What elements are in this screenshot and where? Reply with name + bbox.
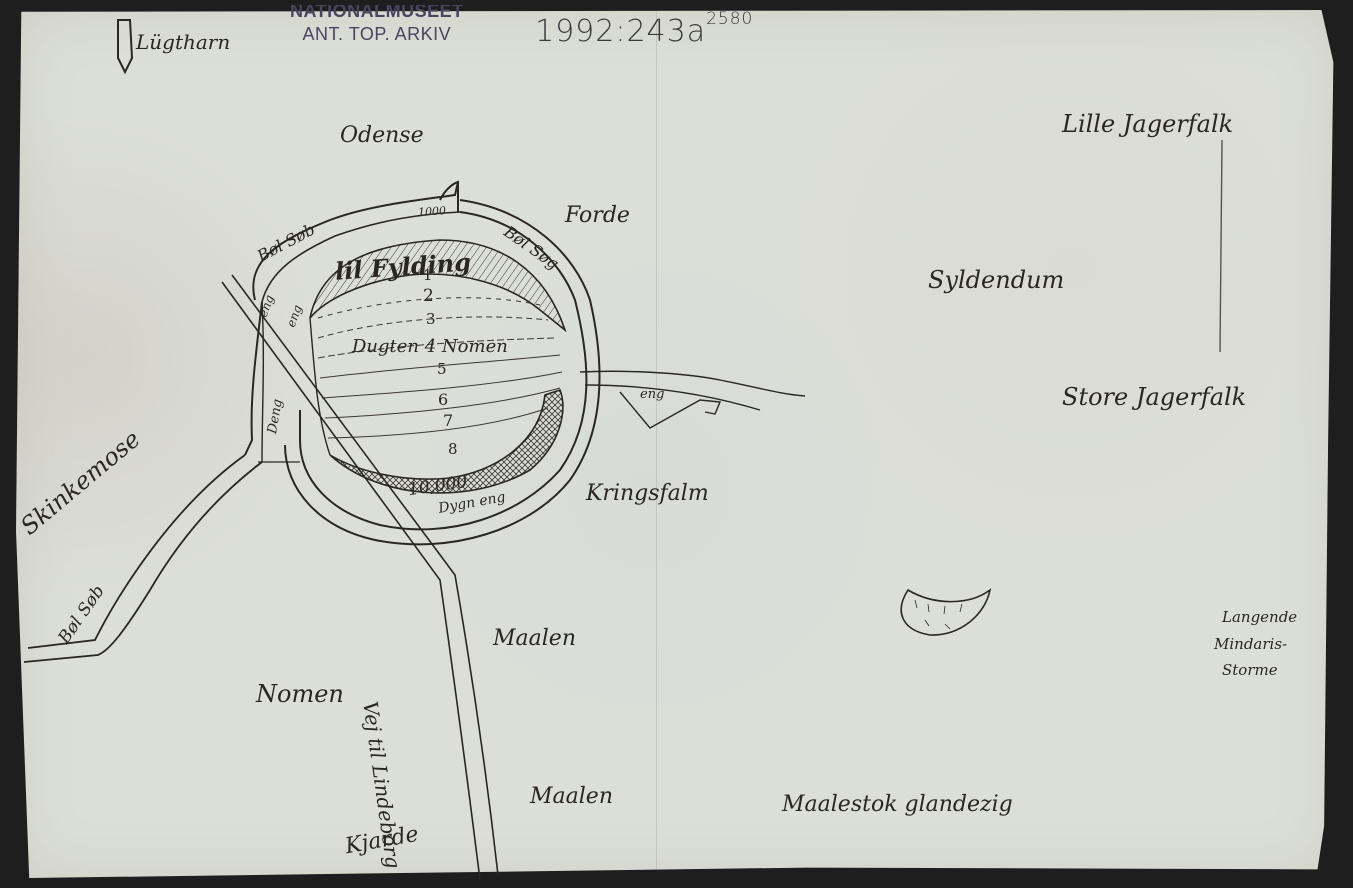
field-number-8: 8: [448, 442, 458, 457]
catalog-number-text: 1992:243a: [535, 14, 706, 49]
pencil-line: [1220, 140, 1222, 352]
field-number-1: 1: [423, 268, 433, 283]
label-mindarise: Mindaris-: [1214, 637, 1287, 652]
field-number-3: 3: [426, 312, 436, 327]
north-arrow-icon: [118, 20, 132, 72]
label-eng-right: eng: [640, 388, 664, 401]
catalog-superscript: 2580: [706, 9, 753, 29]
north-arrow-label: Lügtharn: [136, 32, 230, 52]
label-forde: Forde: [565, 205, 630, 227]
field-number-5: 5: [437, 362, 447, 377]
label-maalen-1: Maalen: [493, 628, 576, 650]
stamp-line-2: ANT. TOP. ARKIV: [290, 23, 464, 46]
field-number-7: 7: [443, 413, 453, 429]
label-nomen: Nomen: [256, 682, 344, 706]
label-odense: Odense: [340, 125, 424, 147]
label-lille-jagerfalk: Lille Jagerfalk: [1062, 112, 1233, 136]
label-kringsfalm: Kringsfalm: [586, 483, 709, 505]
road-east: [580, 371, 805, 428]
label-storme: Storme: [1222, 663, 1278, 678]
museum-stamp: NATIONALMUSEET ANT. TOP. ARKIV: [290, 6, 464, 45]
label-syldendum: Syldendum: [928, 268, 1064, 292]
label-maalestok: Maalestok glandezig: [782, 794, 1013, 816]
label-dugter-4-nomen: Dugten 4 Nomen: [352, 338, 508, 356]
catalog-number: 1992:243a2580: [535, 14, 753, 49]
pond-crescent: [901, 590, 990, 635]
label-count-1000: 1000: [418, 205, 447, 217]
field-number-6: 6: [438, 392, 448, 408]
field-number-2: 2: [423, 288, 434, 305]
label-langende: Langende: [1222, 610, 1297, 625]
label-store-jagerfalk: Store Jagerfalk: [1062, 385, 1246, 409]
label-maalen-2: Maalen: [530, 786, 613, 808]
